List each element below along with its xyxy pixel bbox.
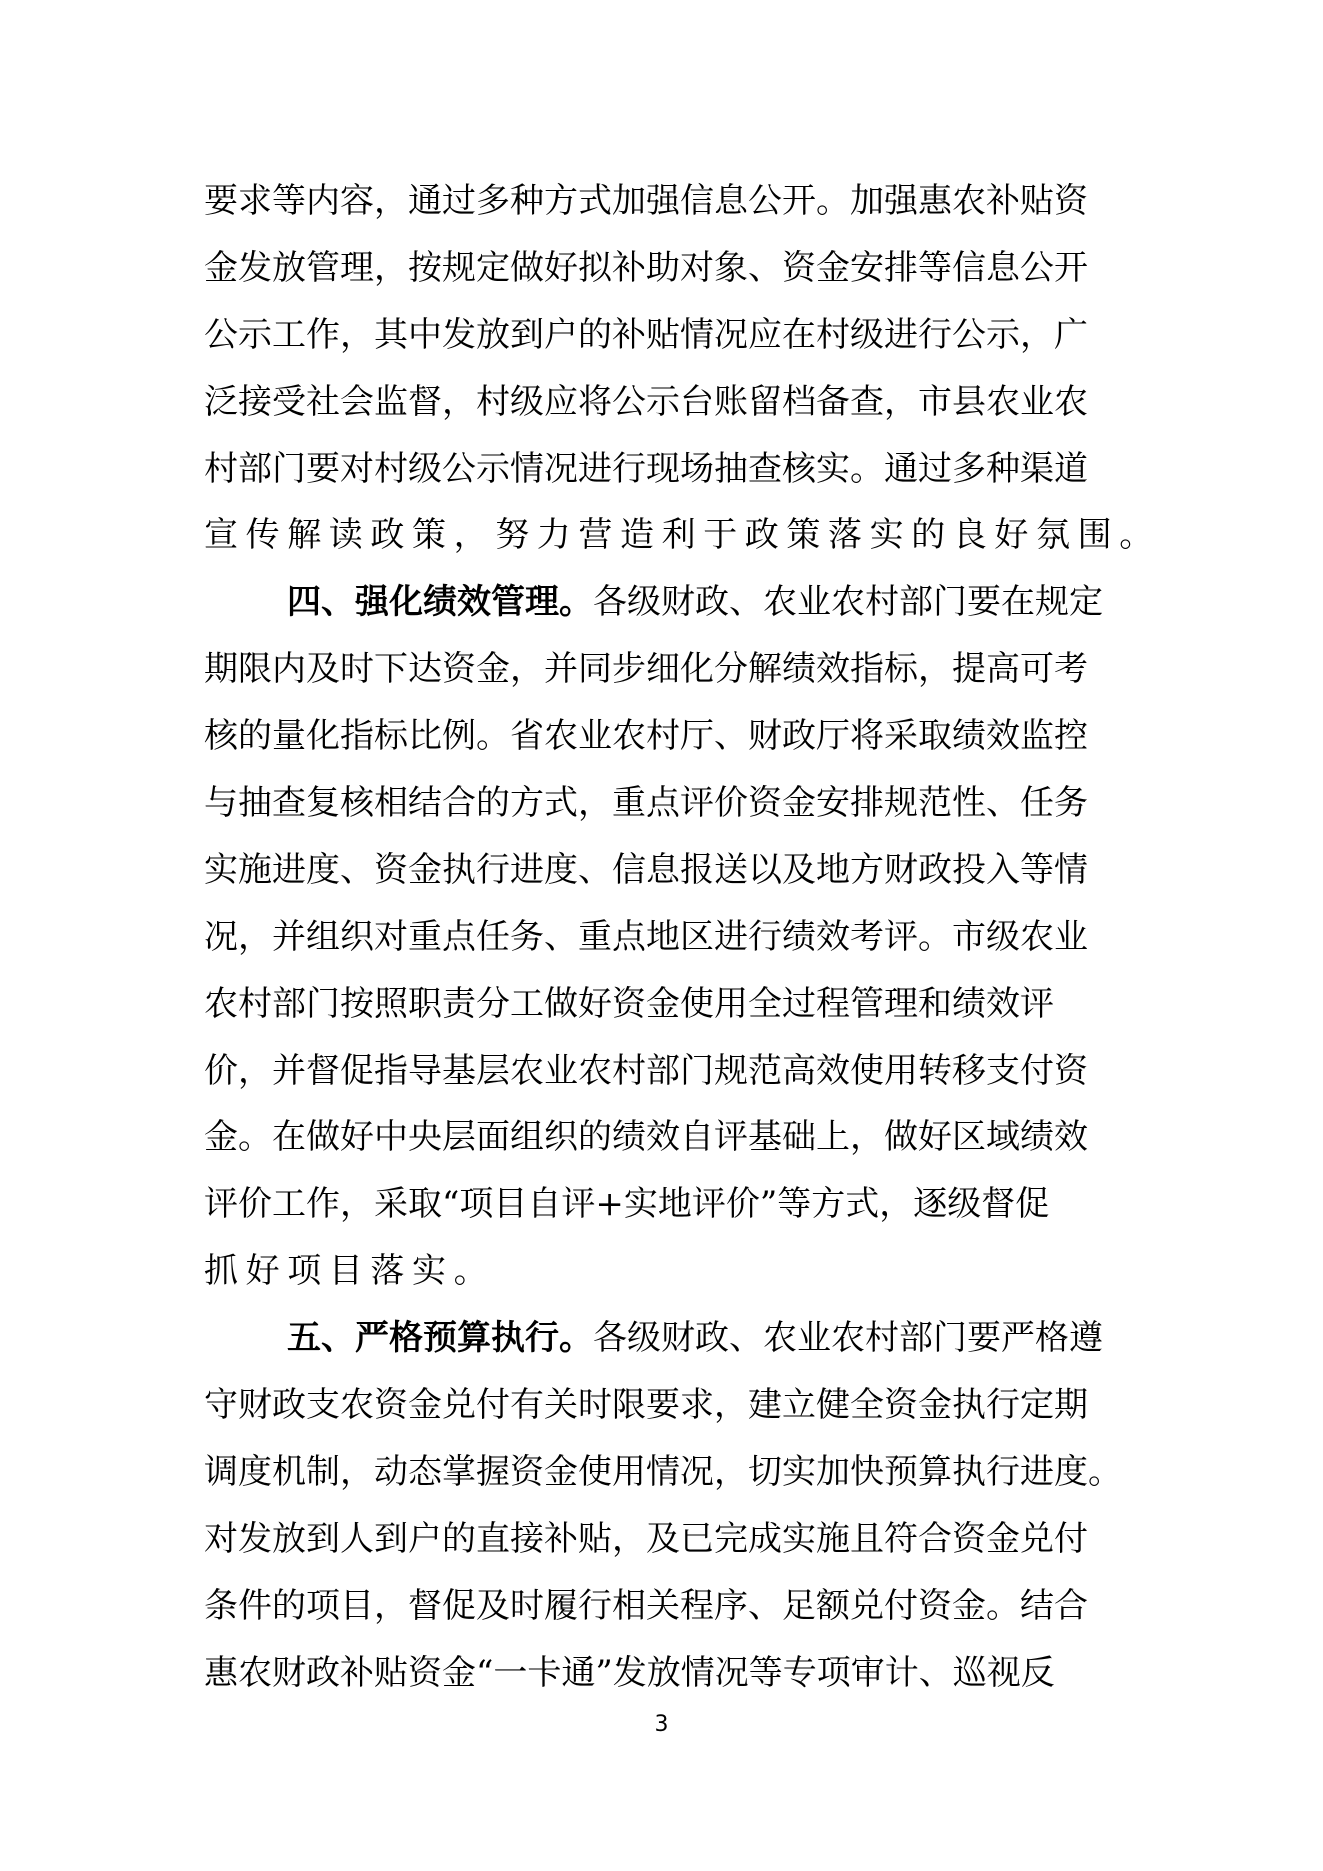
section-first-line-text: 各级财政、农业农村部门要在规定 <box>593 582 1103 622</box>
text-line: 实施进度、资金执行进度、信息报送以及地方财政投入等情 <box>204 845 1122 912</box>
text-line: 价，并督促指导基层农业农村部门规范高效使用转移支付资 <box>204 1046 1122 1113</box>
section-budget-execution: 五、严格预算执行。各级财政、农业农村部门要严格遵 守财政支农资金兑付有关时限要求… <box>204 1313 1122 1714</box>
paragraph-info-disclosure: 要求等内容，通过多种方式加强信息公开。加强惠农补贴资 金发放管理，按规定做好拟补… <box>204 176 1122 577</box>
section-first-line: 四、强化绩效管理。各级财政、农业农村部门要在规定 <box>204 577 1122 644</box>
text-line: 村部门要对村级公示情况进行现场抽查核实。通过多种渠道 <box>204 444 1122 511</box>
document-page: 要求等内容，通过多种方式加强信息公开。加强惠农补贴资 金发放管理，按规定做好拟补… <box>0 0 1323 1871</box>
text-line: 要求等内容，通过多种方式加强信息公开。加强惠农补贴资 <box>204 176 1122 243</box>
text-line: 泛接受社会监督，村级应将公示台账留档备查，市县农业农 <box>204 377 1122 444</box>
text-line: 期限内及时下达资金，并同步细化分解绩效指标，提高可考 <box>204 644 1122 711</box>
text-line: 金。在做好中央层面组织的绩效自评基础上，做好区域绩效 <box>204 1112 1122 1179</box>
text-line: 况，并组织对重点任务、重点地区进行绩效考评。市级农业 <box>204 912 1122 979</box>
section-heading: 五、严格预算执行。 <box>287 1318 593 1358</box>
section-performance-management: 四、强化绩效管理。各级财政、农业农村部门要在规定 期限内及时下达资金，并同步细化… <box>204 577 1122 1313</box>
text-line: 与抽查复核相结合的方式，重点评价资金安排规范性、任务 <box>204 778 1122 845</box>
text-line: 调度机制，动态掌握资金使用情况，切实加快预算执行进度。 <box>204 1447 1122 1514</box>
document-body: 要求等内容，通过多种方式加强信息公开。加强惠农补贴资 金发放管理，按规定做好拟补… <box>204 176 1122 1714</box>
text-line: 核的量化指标比例。省农业农村厅、财政厅将采取绩效监控 <box>204 711 1122 778</box>
text-line: 守财政支农资金兑付有关时限要求，建立健全资金执行定期 <box>204 1380 1122 1447</box>
text-line: 惠农财政补贴资金“一卡通”发放情况等专项审计、巡视反 <box>204 1648 1122 1715</box>
text-line: 抓好项目落实。 <box>204 1246 1122 1313</box>
page-number: 3 <box>0 1710 1323 1740</box>
text-line: 对发放到人到户的直接补贴，及已完成实施且符合资金兑付 <box>204 1514 1122 1581</box>
section-first-line-text: 各级财政、农业农村部门要严格遵 <box>593 1318 1103 1358</box>
text-line: 宣传解读政策，努力营造利于政策落实的良好氛围。 <box>204 510 1122 577</box>
text-line: 评价工作，采取“项目自评+实地评价”等方式，逐级督促 <box>204 1179 1122 1246</box>
text-line: 金发放管理，按规定做好拟补助对象、资金安排等信息公开 <box>204 243 1122 310</box>
text-line: 公示工作，其中发放到户的补贴情况应在村级进行公示，广 <box>204 310 1122 377</box>
section-first-line: 五、严格预算执行。各级财政、农业农村部门要严格遵 <box>204 1313 1122 1380</box>
section-heading: 四、强化绩效管理。 <box>287 582 593 622</box>
text-line: 条件的项目，督促及时履行相关程序、足额兑付资金。结合 <box>204 1581 1122 1648</box>
text-line: 农村部门按照职责分工做好资金使用全过程管理和绩效评 <box>204 979 1122 1046</box>
